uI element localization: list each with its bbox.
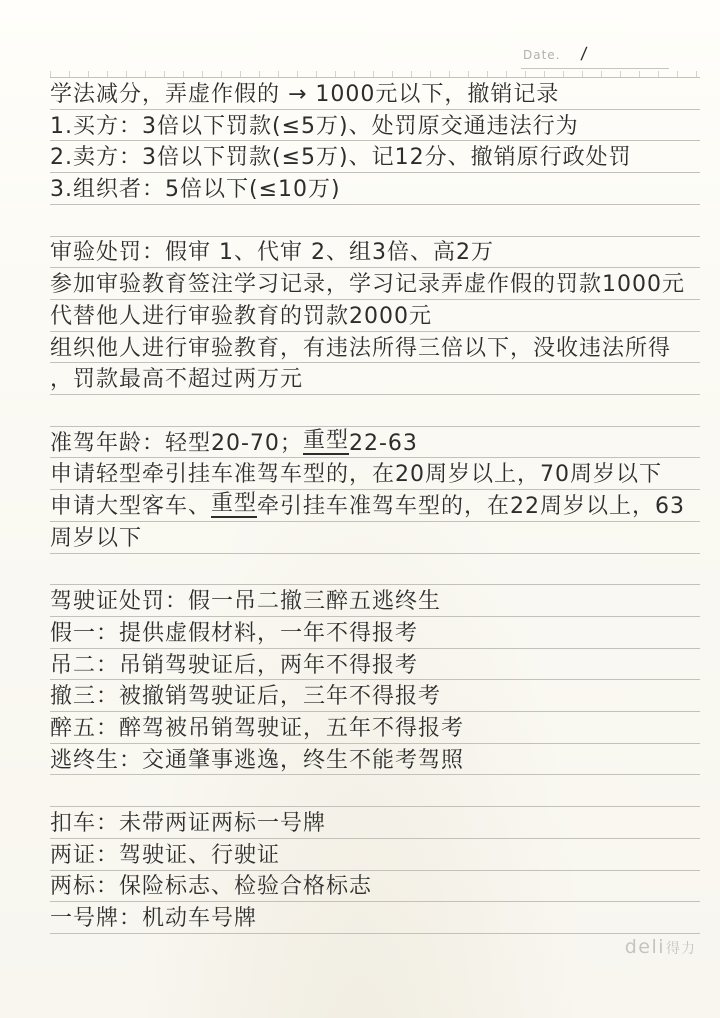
note-row: 审验处罚：假审 1、代审 2、组3倍、高2万 — [50, 236, 705, 268]
note-text: 代替他人进行审验教育的罚款2000元 — [50, 305, 432, 328]
note-row: 扣车：未带两证两标一号牌 — [50, 806, 705, 838]
note-text: 一号牌：机动车号牌 — [50, 907, 257, 930]
note-row: 逃终生：交通肇事逃逸，终生不能考驾照 — [50, 743, 705, 775]
brand-wordmark: deli — [625, 936, 665, 958]
note-text: 周岁以下 — [50, 527, 142, 550]
note-text: 审验处罚：假审 1、代审 2、组3倍、高2万 — [50, 241, 494, 264]
date-header: Date. / — [521, 44, 671, 72]
note-text: 吊二：吊销驾驶证后，两年不得报考 — [50, 654, 418, 677]
note-text: 1.买方：3倍以下罚款(≤5万)、处罚原交通违法行为 — [50, 115, 579, 138]
note-text: 学法减分，弄虚作假的 → 1000元以下，撤销记录 — [50, 83, 559, 106]
note-row: 1.买方：3倍以下罚款(≤5万)、处罚原交通违法行为 — [50, 109, 705, 141]
note-text: ，罚款最高不超过两万元 — [50, 368, 303, 391]
note-text: 扣车：未带两证两标一号牌 — [50, 812, 326, 835]
note-row: 两标：保险标志、检验合格标志 — [50, 870, 705, 902]
notebook-page: Date. / 学法减分，弄虚作假的 → 1000元以下，撤销记录1.买方：3倍… — [0, 0, 720, 1018]
note-text: 申请轻型牵引挂车准驾车型的，在20周岁以上，70周岁以下 — [50, 463, 662, 486]
date-label: Date. — [523, 48, 561, 62]
note-text: 3.组织者：5倍以下(≤10万) — [50, 178, 341, 201]
note-row: 申请大型客车、重型牵引挂车准驾车型的，在22周岁以上，63 — [50, 489, 705, 521]
note-row: 周岁以下 — [50, 521, 705, 553]
note-text: 2.卖方：3倍以下罚款(≤5万)、记12分、撤销原行政处罚 — [50, 146, 632, 169]
note-row: 两证：驾驶证、行驶证 — [50, 838, 705, 870]
note-text: 两标：保险标志、检验合格标志 — [50, 875, 372, 898]
note-text-underlined: 重型 — [303, 429, 349, 455]
brand-cn-name: 得力 — [666, 938, 696, 958]
note-row: 准驾年龄：轻型20-70；重型22-63 — [50, 426, 705, 458]
date-underline — [521, 68, 669, 69]
note-row: 3.组织者：5倍以下(≤10万) — [50, 172, 705, 204]
note-text: 申请大型客车、 — [50, 495, 211, 518]
note-text: 22-63 — [349, 432, 418, 455]
note-row: 参加审验教育签注学习记录，学习记录弄虚作假的罚款1000元 — [50, 267, 705, 299]
note-text: 驾驶证处罚：假一吊二撤三醉五逃终生 — [50, 590, 441, 613]
note-row: 吊二：吊销驾驶证后，两年不得报考 — [50, 648, 705, 680]
brand-logo: deli 得力 — [625, 936, 696, 958]
note-row: ，罚款最高不超过两万元 — [50, 362, 705, 394]
note-row: 申请轻型牵引挂车准驾车型的，在20周岁以上，70周岁以下 — [50, 457, 705, 489]
note-row: 撤三：被撤销驾驶证后，三年不得报考 — [50, 679, 705, 711]
note-row: 学法减分，弄虚作假的 → 1000元以下，撤销记录 — [50, 77, 705, 109]
note-text: 准驾年龄：轻型20-70； — [50, 432, 303, 455]
note-row: 驾驶证处罚：假一吊二撤三醉五逃终生 — [50, 584, 705, 616]
note-row: 一号牌：机动车号牌 — [50, 901, 705, 933]
note-text: 两证：驾驶证、行驶证 — [50, 844, 280, 867]
note-row: 假一：提供虚假材料，一年不得报考 — [50, 616, 705, 648]
date-handwritten-slash: / — [580, 44, 588, 64]
note-text-underlined: 重型 — [211, 492, 257, 518]
note-row: 2.卖方：3倍以下罚款(≤5万)、记12分、撤销原行政处罚 — [50, 140, 705, 172]
note-text: 醉五：醉驾被吊销驾驶证，五年不得报考 — [50, 717, 464, 740]
note-row: 代替他人进行审验教育的罚款2000元 — [50, 299, 705, 331]
note-text: 参加审验教育签注学习记录，学习记录弄虚作假的罚款1000元 — [50, 273, 685, 296]
note-row: 醉五：醉驾被吊销驾驶证，五年不得报考 — [50, 711, 705, 743]
note-text: 牵引挂车准驾车型的，在22周岁以上，63 — [257, 495, 685, 518]
note-row: 组织他人进行审验教育，有违法所得三倍以下，没收违法所得 — [50, 331, 705, 363]
note-text: 组织他人进行审验教育，有违法所得三倍以下，没收违法所得 — [50, 337, 671, 360]
note-text: 假一：提供虚假材料，一年不得报考 — [50, 622, 418, 645]
note-text: 逃终生：交通肇事逃逸，终生不能考驾照 — [50, 749, 464, 772]
note-text: 撤三：被撤销驾驶证后，三年不得报考 — [50, 685, 441, 708]
